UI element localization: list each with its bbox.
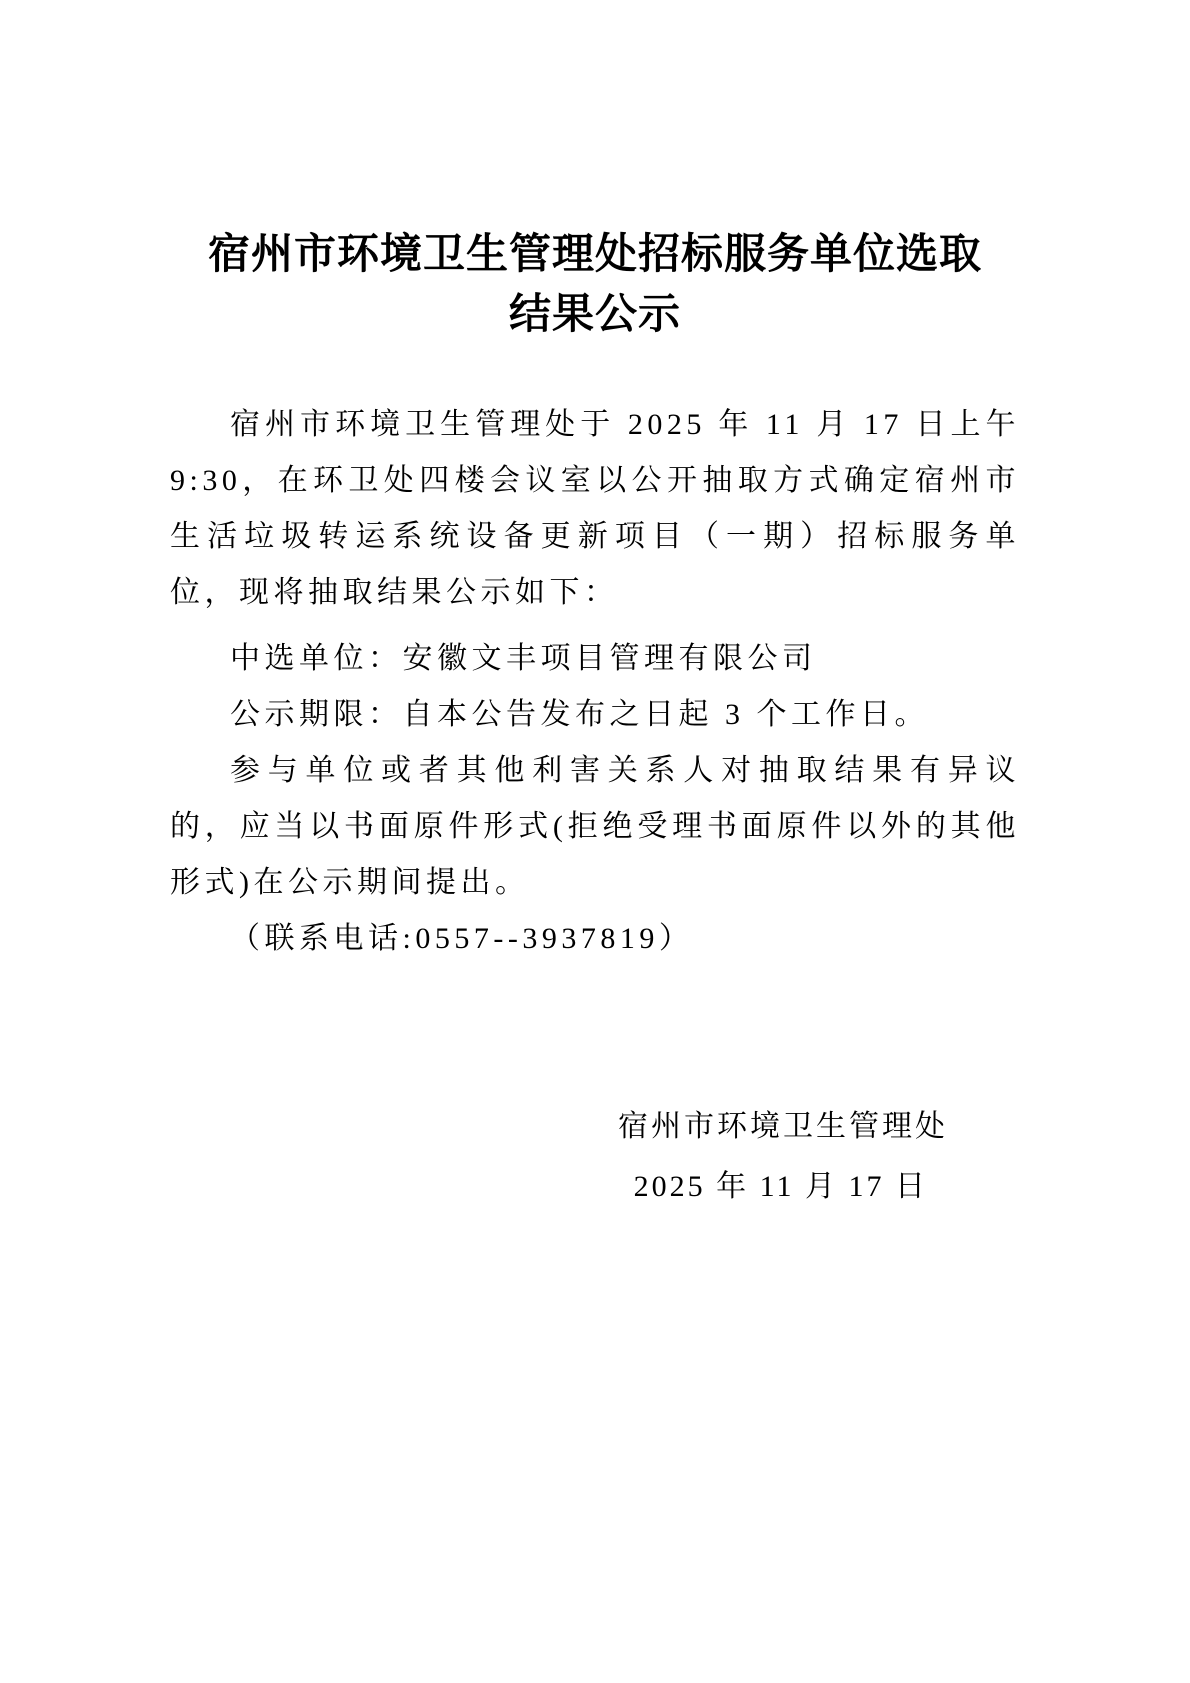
paragraph-publicity-period: 公示期限：自本公告发布之日起 3 个工作日。 xyxy=(170,687,1020,743)
paragraph-objection: 参与单位或者其他利害关系人对抽取结果有异议的，应当以书面原件形式(拒绝受理书面原… xyxy=(170,743,1020,911)
paragraph-intro: 宿州市环境卫生管理处于 2025 年 11 月 17 日上午 9:30，在环卫处… xyxy=(170,397,1020,621)
signature-block: 宿州市环境卫生管理处 2025 年 11 月 17 日 xyxy=(170,1097,1020,1217)
paragraph-selected-unit: 中选单位：安徽文丰项目管理有限公司 xyxy=(170,631,1020,687)
signature-date: 2025 年 11 月 17 日 xyxy=(170,1157,1020,1217)
document-title: 宿州市环境卫生管理处招标服务单位选取结果公示 xyxy=(195,225,995,345)
document-page: 宿州市环境卫生管理处招标服务单位选取结果公示 宿州市环境卫生管理处于 2025 … xyxy=(0,0,1190,1683)
signature-organization: 宿州市环境卫生管理处 xyxy=(170,1097,1020,1157)
paragraph-contact-phone: （联系电话:0557--3937819） xyxy=(170,911,1020,967)
